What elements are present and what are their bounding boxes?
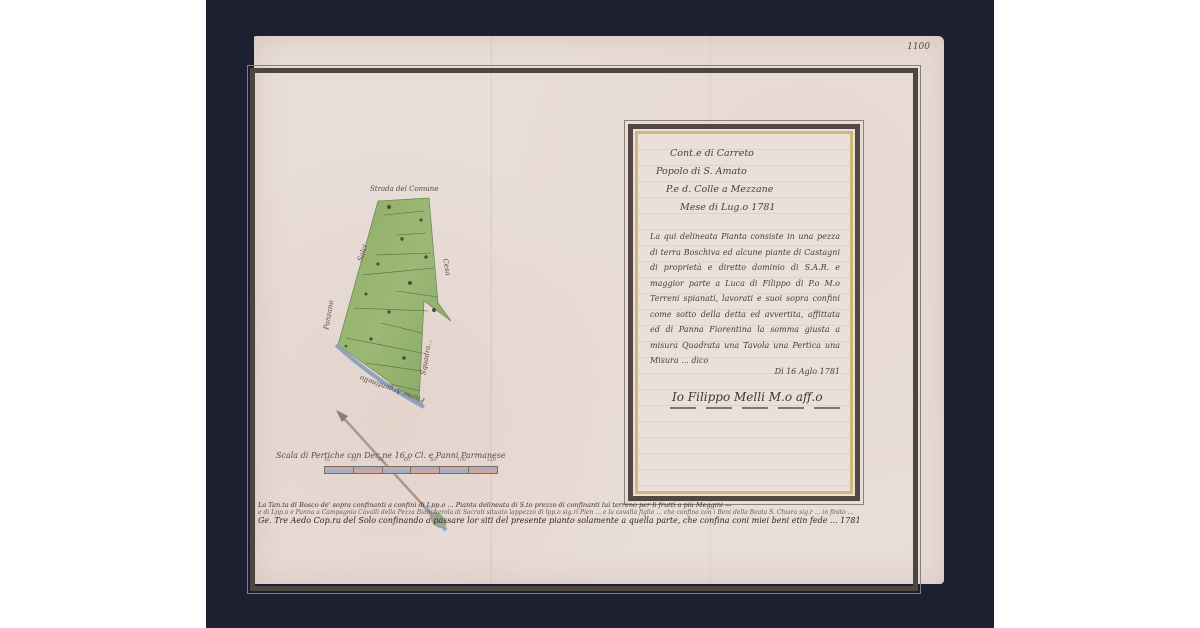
scale-tick: 120 <box>486 457 496 463</box>
scale-tick: 20 <box>351 457 357 463</box>
cartouche-description: La qui delineata Pianta consiste in una … <box>650 229 840 369</box>
footer-note-line-3: Ge. Tre Aedo Cop.ra del Solo confinando … <box>258 516 908 525</box>
cartouche-title-line: Popolo di S. Amato <box>650 166 840 177</box>
footer-note-line-1: La Tan.ta di Bosco de' sopra confinanti … <box>258 501 908 509</box>
cartouche-inner-frame: Cont.e di Carreto Popolo di S. Amato P.e… <box>635 131 853 494</box>
cartouche-title-line: Mese di Lug.o 1781 <box>650 202 840 213</box>
parcel-shape <box>326 193 454 403</box>
title-cartouche: Cont.e di Carreto Popolo di S. Amato P.e… <box>628 124 860 501</box>
scale-tick: 60 <box>404 457 410 463</box>
scale-tick: 10 <box>324 457 330 463</box>
scale-bar <box>324 466 498 474</box>
cartouche-title-line: P.e d. Colle a Mezzane <box>650 184 840 195</box>
footer-notes: La Tan.ta di Bosco de' sopra confinanti … <box>258 501 908 525</box>
scale-tick: 80 <box>430 457 436 463</box>
footer-note-line-2: e di Lpp.o e Panna a Campagnia Cavalli d… <box>258 509 908 516</box>
folio-number: 1100 <box>907 42 930 52</box>
scale-ticks: 10 20 40 60 80 100 120 <box>324 457 496 463</box>
land-parcel: Strada del Comune Salci Cesa Panzano Fiu… <box>326 193 454 403</box>
scale-tick: 40 <box>377 457 383 463</box>
signature-underline <box>650 407 840 409</box>
label-north-border: Strada del Comune <box>370 185 438 193</box>
map-sheet: 1100 <box>254 36 944 584</box>
cartouche-title-line: Cont.e di Carreto <box>650 148 840 159</box>
surveyor-signature: Io Filippo Melli M.o aff.o <box>650 390 840 404</box>
scale-tick: 100 <box>457 457 467 463</box>
